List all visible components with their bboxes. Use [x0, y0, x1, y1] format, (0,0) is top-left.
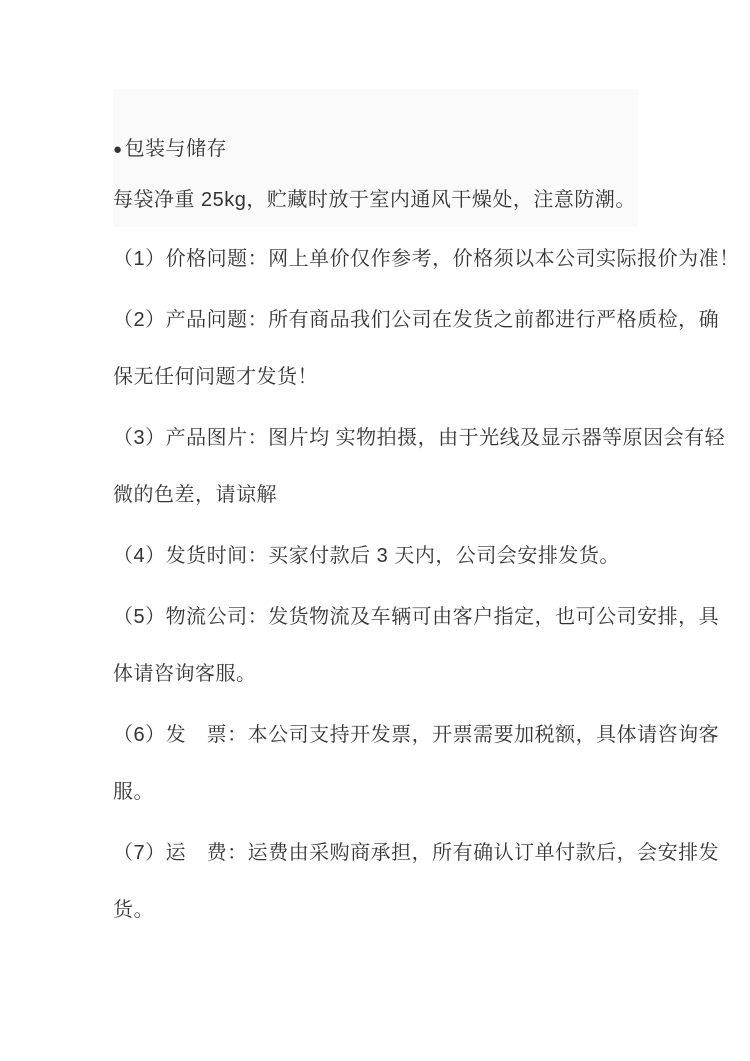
term-paragraph: （3）产品图片：图片均 实物拍摄，由于光线及显示器等原因会有轻微的色差，请谅解: [113, 410, 638, 524]
term-line: （1）价格问题：网上单价仅作参考，价格须以本公司实际报价为准！: [113, 231, 638, 288]
bullet-icon: ●: [113, 124, 123, 175]
product-detail-page: ●包装与储存 每袋净重 25kg，贮藏时放于室内通风干燥处，注意防潮。 （1）价…: [0, 0, 750, 1061]
term-line: （6）发 票：本公司支持开发票，开票需要加税额，具体请咨询客: [113, 707, 638, 764]
term-line: 体请咨询客服。: [113, 646, 638, 703]
term-line: （4）发货时间：买家付款后 3 天内，公司会安排发货。: [113, 528, 638, 585]
term-line: （5）物流公司：发货物流及车辆可由客户指定，也可公司安排，具: [113, 589, 638, 646]
term-paragraph: （4）发货时间：买家付款后 3 天内，公司会安排发货。: [113, 528, 638, 585]
term-line: 保无任何问题才发货！: [113, 349, 638, 406]
term-paragraph: （2）产品问题：所有商品我们公司在发货之前都进行严格质检，确保无任何问题才发货！: [113, 292, 638, 406]
notice-title: 包装与储存: [125, 138, 228, 160]
notice-title-line: ●包装与储存: [113, 124, 638, 175]
term-paragraph: （5）物流公司：发货物流及车辆可由客户指定，也可公司安排，具体请咨询客服。: [113, 589, 638, 703]
term-line: 微的色差，请谅解: [113, 467, 638, 524]
term-paragraph: （6）发 票：本公司支持开发票，开票需要加税额，具体请咨询客服。: [113, 707, 638, 821]
term-line: 货。: [113, 882, 638, 939]
term-line: 服。: [113, 764, 638, 821]
notice-body: 每袋净重 25kg，贮藏时放于室内通风干燥处，注意防潮。: [113, 175, 638, 226]
packaging-storage-notice-box: ●包装与储存 每袋净重 25kg，贮藏时放于室内通风干燥处，注意防潮。: [113, 89, 638, 227]
terms-list: （1）价格问题：网上单价仅作参考，价格须以本公司实际报价为准！（2）产品问题：所…: [113, 231, 638, 939]
term-line: （3）产品图片：图片均 实物拍摄，由于光线及显示器等原因会有轻: [113, 410, 638, 467]
term-paragraph: （1）价格问题：网上单价仅作参考，价格须以本公司实际报价为准！: [113, 231, 638, 288]
term-line: （2）产品问题：所有商品我们公司在发货之前都进行严格质检，确: [113, 292, 638, 349]
term-line: （7）运 费：运费由采购商承担，所有确认订单付款后，会安排发: [113, 825, 638, 882]
term-paragraph: （7）运 费：运费由采购商承担，所有确认订单付款后，会安排发货。: [113, 825, 638, 939]
content-column: ●包装与储存 每袋净重 25kg，贮藏时放于室内通风干燥处，注意防潮。 （1）价…: [113, 89, 638, 943]
